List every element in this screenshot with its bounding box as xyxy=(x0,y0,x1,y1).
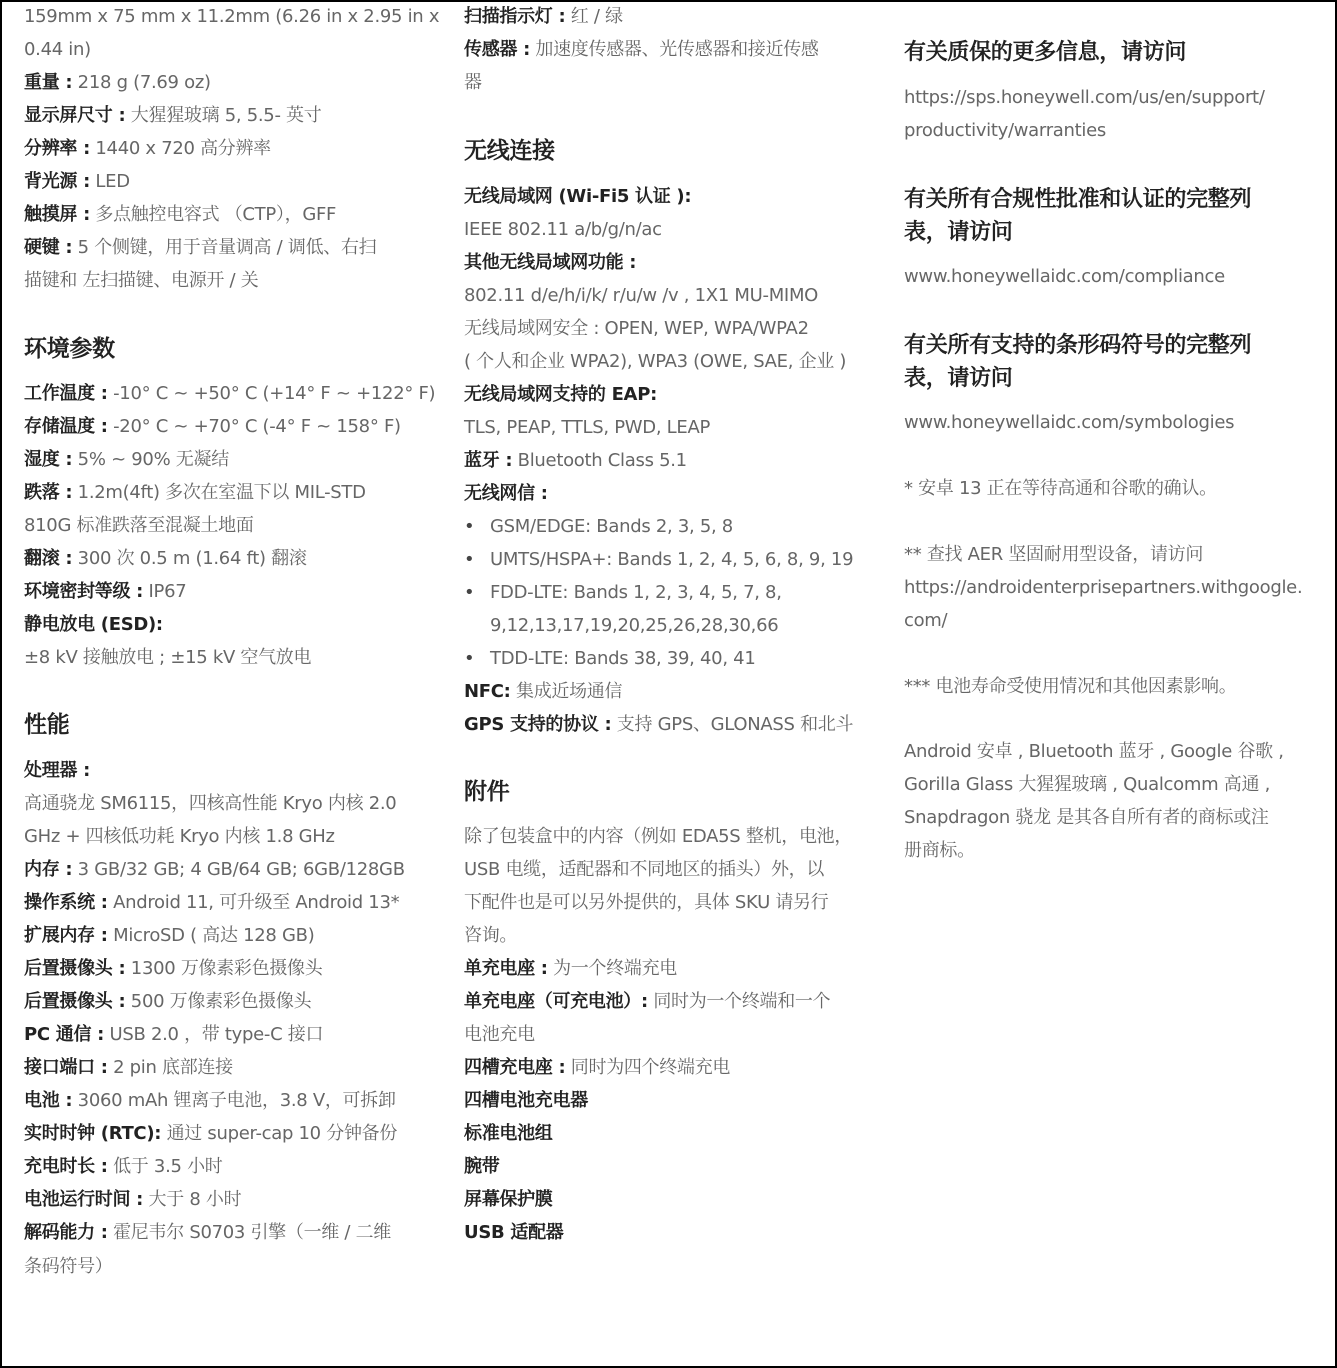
compliance-link[interactable]: www.honeywellaidc.com/compliance xyxy=(904,260,1225,293)
spec-label: 传感器 : xyxy=(464,39,530,60)
spec-processor-line-1: 高通骁龙 SM6115，四核高性能 Kryo 内核 2.0 xyxy=(24,787,396,820)
bullet-text: GSM/EDGE: Bands 2, 3, 5, 8 xyxy=(490,510,733,543)
spec-label: 背光源 : xyxy=(24,171,90,192)
spec-wlan-label: 无线局域网 (Wi-Fi5 认证 ): xyxy=(464,180,691,213)
spec-label: 实时时钟 (RTC): xyxy=(24,1123,161,1144)
spec-value: 大于 8 小时 xyxy=(143,1189,241,1210)
spec-io-port: 接口端口 : 2 pin 底部连接 xyxy=(24,1051,233,1084)
spec-wlan-security-line-2: ( 个人和企业 WPA2), WPA3 (OWE, SAE, 企业 ) xyxy=(464,345,846,378)
spec-label: 操作系统 : xyxy=(24,892,108,913)
footnote-battery-life: *** 电池寿命受使用情况和其他因素影响。 xyxy=(904,670,1236,703)
spec-charge-time: 充电时长 : 低于 3.5 小时 xyxy=(24,1150,222,1183)
spec-value: 多点触控电容式 （CTP），GFF xyxy=(90,204,336,225)
spec-os: 操作系统 : Android 11, 可升级至 Android 13* xyxy=(24,886,399,919)
spec-label: 接口端口 : xyxy=(24,1057,108,1078)
spec-battery-runtime: 电池运行时间 : 大于 8 小时 xyxy=(24,1183,241,1216)
spec-label: PC 通信 : xyxy=(24,1024,104,1045)
spec-label: 翻滚 : xyxy=(24,548,72,569)
warranty-link[interactable]: https://sps.honeywell.com/us/en/support/ xyxy=(904,81,1265,114)
spec-scan-indicator: 扫描指示灯 : 红 / 绿 xyxy=(464,0,623,33)
spec-nfc: NFC: 集成近场通信 xyxy=(464,675,622,708)
accessory-single-cradle-battery-cont: 电池充电 xyxy=(464,1018,535,1051)
spec-label: 硬键 : xyxy=(24,237,72,258)
accessory-item: USB 适配器 xyxy=(464,1216,563,1249)
spec-label: 显示屏尺寸 : xyxy=(24,105,125,126)
spec-storage-temp: 存储温度 : -20° C ~ +70° C (-4° F ~ 158° F) xyxy=(24,410,401,443)
section-heading-performance: 性能 xyxy=(24,709,69,742)
spec-value: 同时为四个终端充电 xyxy=(565,1057,730,1078)
spec-operating-temp: 工作温度 : -10° C ~ +50° C (+14° F ~ +122° F… xyxy=(24,377,435,410)
spec-value: IP67 xyxy=(143,581,186,602)
spec-value: 1.2m(4ft) 多次在室温下以 MIL-STD xyxy=(72,482,365,503)
spec-esd: 静电放电 (ESD): xyxy=(24,608,163,641)
warranty-link-line-1[interactable]: https://sps.honeywell.com/us/en/support/ xyxy=(904,87,1265,108)
spec-processor-line-2: GHz + 四核低功耗 Kryo 内核 1.8 GHz xyxy=(24,820,335,853)
bullet-icon: • xyxy=(464,576,490,609)
spec-rear-camera-1: 后置摄像头 : 1300 万像素彩色摄像头 xyxy=(24,952,322,985)
spec-wlan-value: IEEE 802.11 a/b/g/n/ac xyxy=(464,213,662,246)
spec-processor-label: 处理器 : xyxy=(24,754,90,787)
spec-label: 电池运行时间 : xyxy=(24,1189,143,1210)
spec-label: 单充电座（可充电池）: xyxy=(464,991,648,1012)
accessories-intro-line: 咨询。 xyxy=(464,919,517,952)
bullet-text: UMTS/HSPA+: Bands 1, 2, 4, 5, 6, 8, 9, 1… xyxy=(490,543,853,576)
bullet-icon: • xyxy=(464,510,490,543)
section-heading-accessories: 附件 xyxy=(464,776,509,809)
spec-label: NFC: xyxy=(464,681,511,702)
spec-value: 支持 GPS、GLONASS 和北斗 xyxy=(611,714,853,735)
spec-value: -10° C ~ +50° C (+14° F ~ +122° F) xyxy=(108,383,436,404)
spec-battery: 电池 : 3060 mAh 锂离子电池，3.8 V，可拆卸 xyxy=(24,1084,396,1117)
spec-hard-keys-cont: 描键和 左扫描键、电源开 / 关 xyxy=(24,264,258,297)
spec-value: 5% ~ 90% 无凝结 xyxy=(72,449,229,470)
accessories-intro-line: 下配件也是可以另外提供的，具体 SKU 请另行 xyxy=(464,886,828,919)
spec-value: 300 次 0.5 m (1.64 ft) 翻滚 xyxy=(72,548,306,569)
spec-eap-label: 无线局域网支持的 EAP: xyxy=(464,378,657,411)
warranty-link-cont[interactable]: productivity/warranties xyxy=(904,114,1106,147)
spec-value: 集成近场通信 xyxy=(511,681,623,702)
spec-rtc: 实时时钟 (RTC): 通过 super-cap 10 分钟备份 xyxy=(24,1117,397,1150)
trademark-line: Android 安卓 , Bluetooth 蓝牙 , Google 谷歌 , xyxy=(904,735,1284,768)
spec-sealing: 环境密封等级 : IP67 xyxy=(24,575,186,608)
spec-value: MicroSD ( 高达 128 GB) xyxy=(108,925,315,946)
spec-value: 低于 3.5 小时 xyxy=(108,1156,223,1177)
spec-humidity: 湿度 : 5% ~ 90% 无凝结 xyxy=(24,443,229,476)
warranty-heading: 有关质保的更多信息，请访问 xyxy=(904,36,1186,69)
spec-sensors-cont: 器 xyxy=(464,66,482,99)
spec-memory: 内存 : 3 GB/32 GB; 4 GB/64 GB; 6GB/128GB xyxy=(24,853,405,886)
spec-drop: 跌落 : 1.2m(4ft) 多次在室温下以 MIL-STD xyxy=(24,476,366,509)
bullet-item: •UMTS/HSPA+: Bands 1, 2, 4, 5, 6, 8, 9, … xyxy=(464,543,853,576)
spec-value: 1300 万像素彩色摄像头 xyxy=(125,958,322,979)
spec-sensors: 传感器 : 加速度传感器、光传感器和接近传感 xyxy=(464,33,819,66)
spec-value: 加速度传感器、光传感器和接近传感 xyxy=(530,39,819,60)
dimensions-line-2: 0.44 in) xyxy=(24,33,91,66)
spec-value: 3 GB/32 GB; 4 GB/64 GB; 6GB/128GB xyxy=(72,859,404,880)
symbologies-link[interactable]: www.honeywellaidc.com/symbologies xyxy=(904,406,1234,439)
spec-label: 扫描指示灯 : xyxy=(464,6,565,27)
spec-hard-keys: 硬键 : 5 个侧键，用于音量调高 / 调低、右扫 xyxy=(24,231,376,264)
bullet-icon: • xyxy=(464,543,490,576)
bullet-text-cont: 9,12,13,17,19,20,25,26,28,30,66 xyxy=(490,609,778,642)
footnote-android13: * 安卓 13 正在等待高通和谷歌的确认。 xyxy=(904,472,1217,505)
accessory-single-cradle-battery: 单充电座（可充电池）: 同时为一个终端和一个 xyxy=(464,985,830,1018)
spec-tumble: 翻滚 : 300 次 0.5 m (1.64 ft) 翻滚 xyxy=(24,542,307,575)
spec-label: 蓝牙 : xyxy=(464,450,512,471)
spec-eap-value: TLS, PEAP, TTLS, PWD, LEAP xyxy=(464,411,710,444)
spec-label: 扩展内存 : xyxy=(24,925,108,946)
trademark-line: 册商标。 xyxy=(904,834,975,867)
spec-label: 静电放电 (ESD): xyxy=(24,614,163,635)
bullet-item: •TDD-LTE: Bands 38, 39, 40, 41 xyxy=(464,642,755,675)
aer-link[interactable]: https://androidenterprisepartners.withgo… xyxy=(904,571,1302,604)
spec-gps: GPS 支持的协议 : 支持 GPS、GLONASS 和北斗 xyxy=(464,708,853,741)
spec-weight: 重量 : 218 g (7.69 oz) xyxy=(24,66,211,99)
compliance-heading-line-2: 表，请访问 xyxy=(904,216,1013,249)
bullet-icon: • xyxy=(464,642,490,675)
spec-label: 充电时长 : xyxy=(24,1156,108,1177)
spec-label: 解码能力 : xyxy=(24,1222,108,1243)
spec-value: 同时为一个终端和一个 xyxy=(648,991,830,1012)
section-heading-wireless: 无线连接 xyxy=(464,135,555,168)
spec-value: 218 g (7.69 oz) xyxy=(72,72,210,93)
accessory-quad-cradle: 四槽充电座 : 同时为四个终端充电 xyxy=(464,1051,730,1084)
spec-other-wlan-label: 其他无线局域网功能 : xyxy=(464,246,636,279)
spec-label: 分辨率 : xyxy=(24,138,90,159)
dimensions-line-1: 159mm x 75 mm x 11.2mm (6.26 in x 2.95 i… xyxy=(24,0,439,33)
compliance-heading-line-1: 有关所有合规性批准和认证的完整列 xyxy=(904,183,1251,216)
trademark-line: Gorilla Glass 大猩猩玻璃 , Qualcomm 高通 , xyxy=(904,768,1270,801)
spec-drop-cont: 810G 标准跌落至混凝土地面 xyxy=(24,509,254,542)
spec-decode-cont: 条码符号） xyxy=(24,1250,113,1283)
spec-value: Android 11, 可升级至 Android 13* xyxy=(108,892,400,913)
spec-label: 环境密封等级 : xyxy=(24,581,143,602)
spec-value: 通过 super-cap 10 分钟备份 xyxy=(161,1123,397,1144)
spec-bluetooth: 蓝牙 : Bluetooth Class 5.1 xyxy=(464,444,687,477)
spec-value: LED xyxy=(90,171,130,192)
spec-label: 工作温度 : xyxy=(24,383,108,404)
spec-display-size: 显示屏尺寸 : 大猩猩玻璃 5, 5.5- 英寸 xyxy=(24,99,321,132)
spec-label: 存储温度 : xyxy=(24,416,108,437)
spec-label: 四槽充电座 : xyxy=(464,1057,565,1078)
spec-label: 内存 : xyxy=(24,859,72,880)
footnote-aer: ** 查找 AER 坚固耐用型设备，请访问 xyxy=(904,538,1203,571)
spec-label: 单充电座 : xyxy=(464,958,548,979)
accessory-item: 标准电池组 xyxy=(464,1117,553,1150)
symbologies-heading-line-1: 有关所有支持的条形码符号的完整列 xyxy=(904,329,1251,362)
spec-sheet-page: 159mm x 75 mm x 11.2mm (6.26 in x 2.95 i… xyxy=(0,0,1337,1368)
spec-value: USB 2.0 ，带 type-C 接口 xyxy=(104,1024,323,1045)
spec-label: 电池 : xyxy=(24,1090,72,1111)
spec-label: 触摸屏 : xyxy=(24,204,90,225)
bullet-item: •FDD-LTE: Bands 1, 2, 3, 4, 5, 7, 8, xyxy=(464,576,782,609)
symbologies-heading-line-2: 表，请访问 xyxy=(904,362,1013,395)
bullet-text: TDD-LTE: Bands 38, 39, 40, 41 xyxy=(490,642,755,675)
spec-label: 跌落 : xyxy=(24,482,72,503)
spec-pc-comm: PC 通信 : USB 2.0 ，带 type-C 接口 xyxy=(24,1018,323,1051)
spec-rear-camera-2: 后置摄像头 : 500 万像素彩色摄像头 xyxy=(24,985,311,1018)
aer-link-cont[interactable]: com/ xyxy=(904,604,947,637)
spec-value: 5 个侧键，用于音量调高 / 调低、右扫 xyxy=(72,237,376,258)
spec-expansion: 扩展内存 : MicroSD ( 高达 128 GB) xyxy=(24,919,314,952)
spec-value: 500 万像素彩色摄像头 xyxy=(125,991,311,1012)
section-heading-environment: 环境参数 xyxy=(24,333,115,366)
spec-decode: 解码能力 : 霍尼韦尔 S0703 引擎（一维 / 二维 xyxy=(24,1216,391,1249)
accessories-intro-line: 除了包装盒中的内容（例如 EDA5S 整机，电池， xyxy=(464,820,852,853)
spec-touchscreen: 触摸屏 : 多点触控电容式 （CTP），GFF xyxy=(24,198,336,231)
spec-value: -20° C ~ +70° C (-4° F ~ 158° F) xyxy=(108,416,401,437)
bullet-item: •GSM/EDGE: Bands 2, 3, 5, 8 xyxy=(464,510,733,543)
spec-label: GPS 支持的协议 : xyxy=(464,714,611,735)
accessory-item: 屏幕保护膜 xyxy=(464,1183,553,1216)
spec-label: 后置摄像头 : xyxy=(24,991,125,1012)
spec-label: 后置摄像头 : xyxy=(24,958,125,979)
spec-esd-value: ±8 kV 接触放电 ; ±15 kV 空气放电 xyxy=(24,641,311,674)
spec-value: 为一个终端充电 xyxy=(548,958,677,979)
accessory-item: 腕带 xyxy=(464,1150,499,1183)
spec-wlan-security-line-1: 无线局域网安全 : OPEN, WEP, WPA/WPA2 xyxy=(464,312,809,345)
spec-value: 1440 x 720 高分辨率 xyxy=(90,138,271,159)
accessories-intro-line: USB 电缆，适配器和不同地区的插头）外，以 xyxy=(464,853,824,886)
spec-backlight: 背光源 : LED xyxy=(24,165,130,198)
spec-wwan-label: 无线网信 : xyxy=(464,477,548,510)
warranty-link-line-2[interactable]: productivity/warranties xyxy=(904,120,1106,141)
spec-value: 2 pin 底部连接 xyxy=(108,1057,233,1078)
spec-value: 红 / 绿 xyxy=(565,6,622,27)
trademark-line: Snapdragon 骁龙 是其各自所有者的商标或注 xyxy=(904,801,1269,834)
spec-value: 霍尼韦尔 S0703 引擎（一维 / 二维 xyxy=(108,1222,391,1243)
accessory-item: 四槽电池充电器 xyxy=(464,1084,588,1117)
spec-value: 3060 mAh 锂离子电池，3.8 V，可拆卸 xyxy=(72,1090,395,1111)
spec-resolution: 分辨率 : 1440 x 720 高分辨率 xyxy=(24,132,271,165)
spec-value: 大猩猩玻璃 5, 5.5- 英寸 xyxy=(125,105,321,126)
accessory-single-cradle: 单充电座 : 为一个终端充电 xyxy=(464,952,677,985)
spec-label: 湿度 : xyxy=(24,449,72,470)
spec-value: Bluetooth Class 5.1 xyxy=(512,450,687,471)
spec-label: 重量 : xyxy=(24,72,72,93)
spec-other-wlan-value: 802.11 d/e/h/i/k/ r/u/w /v , 1X1 MU-MIMO xyxy=(464,279,818,312)
bullet-text: FDD-LTE: Bands 1, 2, 3, 4, 5, 7, 8, xyxy=(490,576,782,609)
